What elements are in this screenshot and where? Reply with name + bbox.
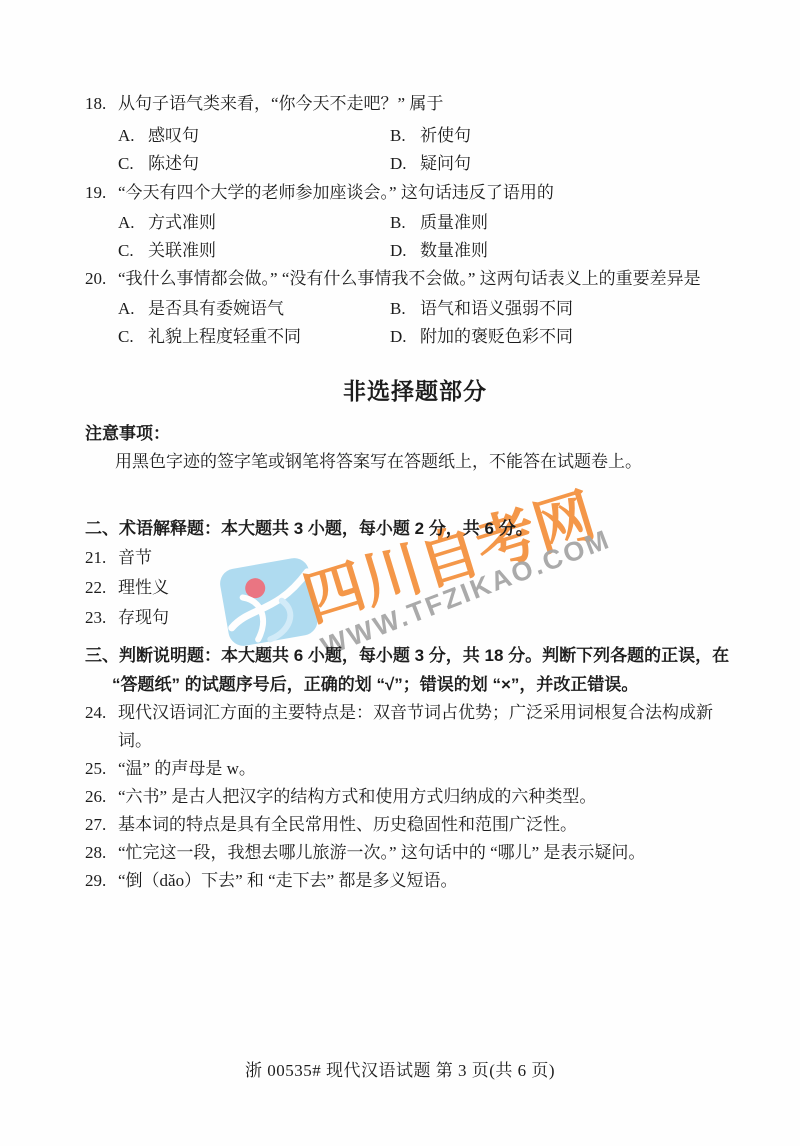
option-18-d: D. 疑问句 [390, 150, 471, 178]
option-text: 陈述句 [148, 150, 199, 178]
question-20: 20. “我什么事情都会做。” “没有什么事情我不会做。” 这两句话表义上的重要… [85, 265, 745, 351]
option-20-b: B. 语气和语义强弱不同 [390, 295, 573, 323]
option-label: A. [118, 122, 148, 150]
question-stem: “我什么事情都会做。” “没有什么事情我不会做。” 这两句话表义上的重要差异是 [118, 265, 745, 293]
option-label: B. [390, 122, 420, 150]
question-20-options-cd: C. 礼貌上程度轻重不同 D. 附加的褒贬色彩不同 [85, 323, 745, 351]
judge-text: 现代汉语词汇方面的主要特点是：双音节词占优势；广泛采用词根复合法构成新词。 [118, 699, 745, 755]
option-text: 是否具有委婉语气 [148, 295, 284, 323]
judge-text: 基本词的特点是具有全民常用性、历史稳固性和范围广泛性。 [118, 811, 745, 839]
question-20-stem-row: 20. “我什么事情都会做。” “没有什么事情我不会做。” 这两句话表义上的重要… [85, 265, 745, 293]
question-18-options-ab: A. 感叹句 B. 祈使句 [85, 122, 745, 150]
option-label: A. [118, 295, 148, 323]
judge-text: “六书” 是古人把汉字的结构方式和使用方式归纳成的六种类型。 [118, 783, 745, 811]
judge-item-25: 25. “温” 的声母是 w。 [85, 755, 745, 783]
judge-number: 25. [85, 755, 118, 783]
question-19: 19. “今天有四个大学的老师参加座谈会。” 这句话违反了语用的 A. 方式准则… [85, 179, 745, 265]
option-text: 礼貌上程度轻重不同 [148, 323, 301, 351]
term-item-22: 22. 理性义 [85, 573, 745, 603]
option-text: 附加的褒贬色彩不同 [420, 323, 573, 351]
option-label: C. [118, 150, 148, 178]
term-number: 23. [85, 603, 118, 633]
question-19-options-ab: A. 方式准则 B. 质量准则 [85, 209, 745, 237]
question-20-options-ab: A. 是否具有委婉语气 B. 语气和语义强弱不同 [85, 295, 745, 323]
judge-number: 24. [85, 699, 118, 755]
option-text: 疑问句 [420, 150, 471, 178]
option-text: 数量准则 [420, 237, 488, 265]
option-text: 语气和语义强弱不同 [420, 295, 573, 323]
section2-header: 二、术语解释题：本大题共 3 小题，每小题 2 分，共 6 分。 [85, 515, 745, 543]
option-label: D. [390, 323, 420, 351]
term-item-23: 23. 存现句 [85, 603, 745, 633]
question-number: 18. [85, 90, 118, 118]
section3-header-line2: “答题纸” 的试题序号后，正确的划 “√”；错误的划 “×”，并改正错误。 [85, 670, 745, 699]
option-text: 祈使句 [420, 122, 471, 150]
option-text: 感叹句 [148, 122, 199, 150]
judge-number: 26. [85, 783, 118, 811]
option-label: A. [118, 209, 148, 237]
question-stem: “今天有四个大学的老师参加座谈会。” 这句话违反了语用的 [118, 179, 745, 207]
section3-header: 三、判断说明题：本大题共 6 小题，每小题 3 分，共 18 分。判断下列各题的… [85, 641, 745, 699]
option-20-c: C. 礼貌上程度轻重不同 [118, 323, 390, 351]
option-label: C. [118, 323, 148, 351]
question-18: 18. 从句子语气类来看，“你今天不走吧？” 属于 A. 感叹句 B. 祈使句 … [85, 90, 745, 178]
question-18-stem-row: 18. 从句子语气类来看，“你今天不走吧？” 属于 [85, 90, 745, 118]
option-label: B. [390, 295, 420, 323]
option-label: B. [390, 209, 420, 237]
judge-item-28: 28. “忙完这一段，我想去哪儿旅游一次。” 这句话中的 “哪儿” 是表示疑问。 [85, 839, 745, 867]
term-text: 理性义 [118, 573, 169, 603]
judge-number: 29. [85, 867, 118, 895]
question-number: 19. [85, 179, 118, 207]
term-item-21: 21. 音节 [85, 543, 745, 573]
term-text: 存现句 [118, 603, 169, 633]
notice-body: 用黑色字迹的签字笔或钢笔将答案写在答题纸上，不能答在试题卷上。 [85, 448, 745, 476]
option-text: 关联准则 [148, 237, 216, 265]
judge-number: 28. [85, 839, 118, 867]
term-number: 22. [85, 573, 118, 603]
option-label: C. [118, 237, 148, 265]
question-19-options-cd: C. 关联准则 D. 数量准则 [85, 237, 745, 265]
judge-item-27: 27. 基本词的特点是具有全民常用性、历史稳固性和范围广泛性。 [85, 811, 745, 839]
page-footer: 浙 00535# 现代汉语试题 第 3 页(共 6 页) [0, 1056, 800, 1081]
footer-text: 浙 00535# 现代汉语试题 第 3 页(共 6 页) [245, 1061, 555, 1080]
exam-content: 18. 从句子语气类来看，“你今天不走吧？” 属于 A. 感叹句 B. 祈使句 … [0, 0, 800, 1146]
option-text: 质量准则 [420, 209, 488, 237]
term-number: 21. [85, 543, 118, 573]
judge-item-29: 29. “倒（dǎo）下去” 和 “走下去” 都是多义短语。 [85, 867, 745, 895]
option-20-a: A. 是否具有委婉语气 [118, 295, 390, 323]
option-label: D. [390, 150, 420, 178]
option-text: 方式准则 [148, 209, 216, 237]
option-19-b: B. 质量准则 [390, 209, 488, 237]
question-19-stem-row: 19. “今天有四个大学的老师参加座谈会。” 这句话违反了语用的 [85, 179, 745, 207]
part-heading: 非选择题部分 [85, 375, 745, 407]
judge-item-26: 26. “六书” 是古人把汉字的结构方式和使用方式归纳成的六种类型。 [85, 783, 745, 811]
judge-number: 27. [85, 811, 118, 839]
option-18-c: C. 陈述句 [118, 150, 390, 178]
judge-text: “忙完这一段，我想去哪儿旅游一次。” 这句话中的 “哪儿” 是表示疑问。 [118, 839, 745, 867]
exam-page: 四川自考网 WWW.TFZIKAO.COM 18. 从句子语气类来看，“你今天不… [0, 0, 800, 1146]
question-number: 20. [85, 265, 118, 293]
question-18-options-cd: C. 陈述句 D. 疑问句 [85, 150, 745, 178]
notice-title: 注意事项： [85, 420, 745, 448]
section3-header-line1: 三、判断说明题：本大题共 6 小题，每小题 3 分，共 18 分。判断下列各题的… [85, 641, 745, 670]
option-18-b: B. 祈使句 [390, 122, 471, 150]
judge-item-24: 24. 现代汉语词汇方面的主要特点是：双音节词占优势；广泛采用词根复合法构成新词… [85, 699, 745, 755]
term-text: 音节 [118, 543, 152, 573]
option-20-d: D. 附加的褒贬色彩不同 [390, 323, 573, 351]
option-18-a: A. 感叹句 [118, 122, 390, 150]
option-19-a: A. 方式准则 [118, 209, 390, 237]
option-label: D. [390, 237, 420, 265]
option-19-d: D. 数量准则 [390, 237, 488, 265]
question-stem: 从句子语气类来看，“你今天不走吧？” 属于 [118, 90, 745, 118]
judge-text: “温” 的声母是 w。 [118, 755, 745, 783]
option-19-c: C. 关联准则 [118, 237, 390, 265]
judge-text: “倒（dǎo）下去” 和 “走下去” 都是多义短语。 [118, 867, 745, 895]
